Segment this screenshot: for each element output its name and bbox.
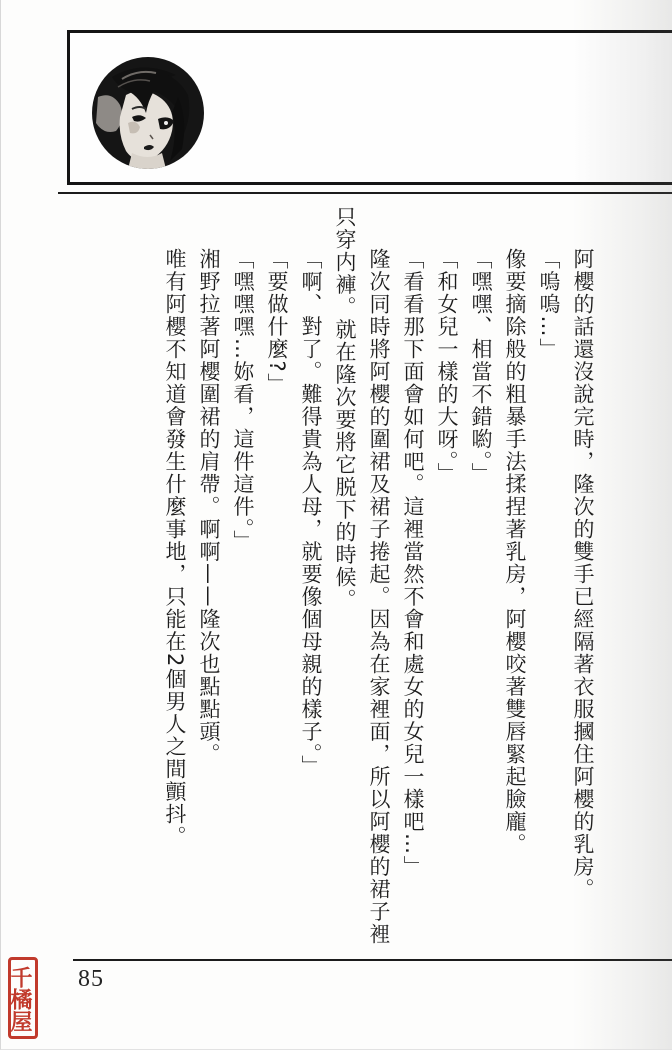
header-underline	[58, 192, 672, 194]
paragraph: 「嗚嗚…」	[532, 206, 566, 951]
paragraph: 「要做什麼?」	[260, 206, 294, 951]
paragraph: 隆次同時將阿櫻的圍裙及裙子捲起。因為在家裡面，所以阿櫻的裙子裡只穿内褲。就在隆次…	[328, 206, 396, 951]
paragraph: 「啊、對了。難得貴為人母，就要像個母親的樣子。」	[294, 206, 328, 951]
paragraph: 阿櫻的話還沒說完時，隆次的雙手已經隔著衣服摑住阿櫻的乳房。	[566, 206, 600, 951]
book-page: 阿櫻的話還沒說完時，隆次的雙手已經隔著衣服摑住阿櫻的乳房。 「嗚嗚…」 像要摘除…	[0, 0, 672, 1050]
girl-portrait-icon	[92, 57, 204, 169]
paragraph: 像要摘除般的粗暴手法揉捏著乳房，阿櫻咬著雙唇緊起臉龐。	[498, 206, 532, 951]
text-area: 阿櫻的話還沒說完時，隆次的雙手已經隔著衣服摑住阿櫻的乳房。 「嗚嗚…」 像要摘除…	[148, 206, 600, 951]
paragraph: 「嘿嘿嘿…妳看，這件這件。」	[226, 206, 260, 951]
paragraph: 「嘿嘿、相當不錯喲。」	[464, 206, 498, 951]
paragraph: 湘野拉著阿櫻圍裙的肩帶。啊啊——隆次也點點頭。	[192, 206, 226, 951]
footer-rule	[73, 959, 672, 961]
publisher-seal-stamp: 千橘屋	[8, 957, 38, 1039]
page-number: 85	[78, 966, 104, 993]
paragraph: 唯有阿櫻不知道會發生什麼事地，只能在2個男人之間顫抖。	[158, 206, 192, 951]
paragraph: 「看看那下面會如何吧。這裡當然不會和處女的女兒一樣吧…」	[396, 206, 430, 951]
paragraph: 「和女兒一樣的大呀。」	[430, 206, 464, 951]
